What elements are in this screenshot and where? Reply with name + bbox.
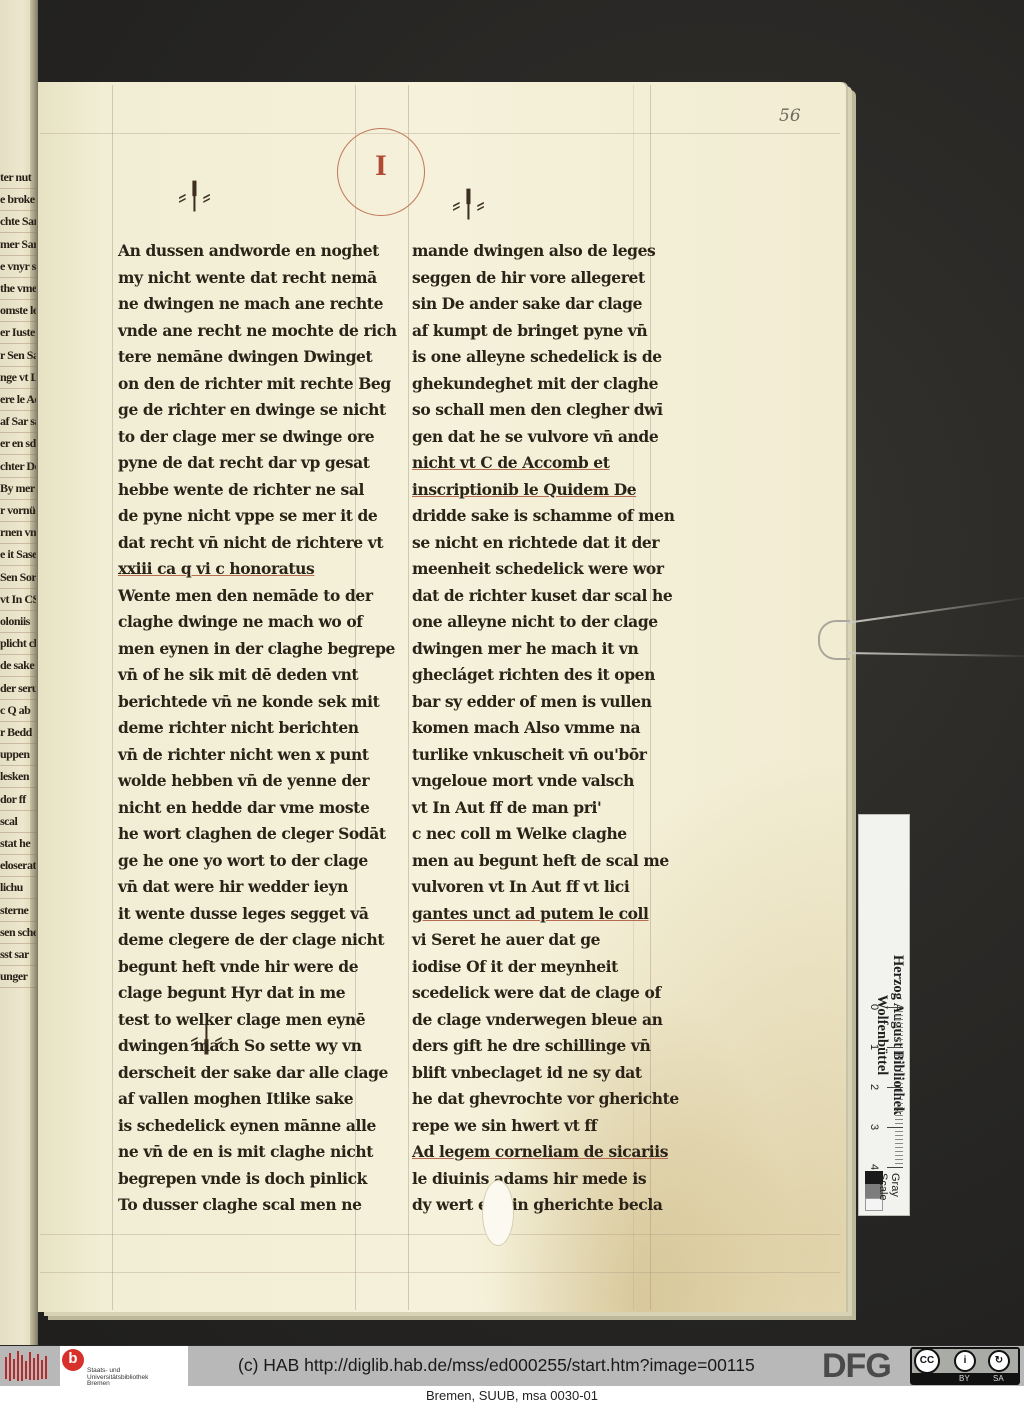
suub-logo[interactable]: b Staats- und Universitätsbibliothek Bre… [60, 1346, 188, 1386]
ruler-minor-tick [895, 1095, 903, 1096]
ruler-minor-tick [895, 1139, 903, 1140]
ruler-minor-tick [895, 1159, 903, 1160]
facing-page-line: dor ff [0, 792, 36, 811]
ruler-tick [887, 1127, 903, 1128]
manuscript-line: one alleyne nicht to der clage [412, 609, 672, 636]
manuscript-line: ders gift he dre schillinge vn̄ [412, 1033, 672, 1060]
manuscript-line: dridde sake is schamme of men [412, 503, 672, 530]
ruler-tick [887, 1047, 903, 1048]
manuscript-line: le diuinis adams hir mede is [412, 1166, 672, 1193]
manuscript-line: so schall men den clegher dwī [412, 397, 672, 424]
ruler-minor-tick [895, 1099, 903, 1100]
facing-page-line: chter De [0, 459, 36, 478]
facing-page-line: nge vt L [0, 370, 36, 389]
ruler-minor-tick [895, 1075, 903, 1076]
ruling-line [40, 1234, 840, 1235]
facing-page-line: vt In CS [0, 592, 36, 611]
ruler-minor-tick [895, 1079, 903, 1080]
manuscript-line: gen dat he se vulvore vn̄ ande [412, 424, 672, 451]
manuscript-line: ne vn̄ de en is mit claghe nicht [118, 1139, 378, 1166]
facing-page-line: lesken [0, 769, 36, 788]
manuscript-line: bar sy edder of men is vullen [412, 689, 672, 716]
facing-page-line: ter nut [0, 170, 36, 189]
ruler: 01234 [863, 1007, 903, 1167]
ruler-minor-tick [895, 1123, 903, 1124]
ruler-tick [887, 1167, 903, 1168]
manuscript-line: de pyne nicht vppe se mer it de [118, 503, 378, 530]
manuscript-line: meenheit schedelick were wor [412, 556, 672, 583]
manuscript-line: vn̄ de richter nicht wen x punt [118, 742, 378, 769]
manuscript-line: af kumpt de bringet pyne vn̄ [412, 318, 672, 345]
facing-page-line: ere le Acc [0, 392, 36, 411]
ruler-minor-tick [895, 1031, 903, 1032]
manuscript-line: berichtede vn̄ ne konde sek mit [118, 689, 378, 716]
ruling-line [408, 85, 409, 1310]
manuscript-line: vn̄ of he sik mit dē deden vnt [118, 662, 378, 689]
manuscript-line: deme clegere de der clage nicht [118, 927, 378, 954]
facing-page-line: er en sd [0, 436, 36, 455]
manuscript-line: xxiii ca q vi c honoratus [118, 556, 378, 583]
manuscript-line: men au begunt heft de scal me [412, 848, 672, 875]
institution-name: Staats- und Universitätsbibliothek Breme… [87, 1368, 148, 1388]
ruler-minor-tick [895, 1151, 903, 1152]
ruler-minor-tick [895, 1027, 903, 1028]
facing-page-line: Sen Sorse [0, 570, 36, 589]
ruler-tick-label: 1 [868, 1044, 880, 1050]
facing-page-line: e broke [0, 192, 36, 211]
manuscript-line: tere nemāne dwingen Dwinget [118, 344, 378, 371]
facing-page-line: er Iuste [0, 325, 36, 344]
manuscript-line: gantes unct ad putem le coll [412, 901, 672, 928]
manuscript-line: men eynen in der claghe begrepe [118, 636, 378, 663]
ruling-line [40, 133, 840, 134]
manuscript-line: dwingen mer he mach it vn [412, 636, 672, 663]
ruler-minor-tick [895, 1119, 903, 1120]
shelfmark: Bremen, SUUB, msa 0030-01 [0, 1388, 1024, 1403]
manuscript-line: seggen de hir vore allegeret [412, 265, 672, 292]
ruler-minor-tick [895, 1051, 903, 1052]
manuscript-line: test to welker clage men eynē [118, 1007, 378, 1034]
ruler-minor-tick [895, 1039, 903, 1040]
facing-page-line: der seruis [0, 681, 36, 700]
manuscript-line: ge he one yo wort to der clage [118, 848, 378, 875]
manuscript-line: he wort claghen de cleger Sodāt [118, 821, 378, 848]
manuscript-line: An dussen andworde en noghet [118, 238, 378, 265]
facing-page-line: plicht clag [0, 636, 36, 655]
ruler-minor-tick [895, 1111, 903, 1112]
ruling-line [40, 1272, 840, 1273]
facing-page-line: sterne [0, 903, 36, 922]
ruling-line [112, 85, 113, 1310]
ruler-minor-tick [895, 1147, 903, 1148]
facing-page-line: e vnyr sk [0, 259, 36, 278]
manuscript-line: ghekundeghet mit der claghe [412, 371, 672, 398]
manuscript-line: turlike vnkuscheit vn̄ ou'bōr [412, 742, 672, 769]
manuscript-line: nicht vt C de Accomb et [412, 450, 672, 477]
facing-page-line: chte Sar [0, 214, 36, 233]
suub-b-icon: b [62, 1349, 84, 1371]
manuscript-line: ne dwingen ne mach ane rechte [118, 291, 378, 318]
manuscript-line: mande dwingen also de leges [412, 238, 672, 265]
ruler-minor-tick [895, 1131, 903, 1132]
suub-barcode-logo [4, 1349, 48, 1383]
manuscript-line: vulvoren vt In Aut ff vt lici [412, 874, 672, 901]
manuscript-line: vi Seret he auer dat ge [412, 927, 672, 954]
left-facing-page: ter nute brokechte Sarmer Sare vnyr skth… [0, 0, 38, 1345]
manuscript-line: claghe dwinge ne mach wo of [118, 609, 378, 636]
ruler-tick-label: 0 [868, 1004, 880, 1010]
ruler-minor-tick [895, 1135, 903, 1136]
ruler-tick [887, 1087, 903, 1088]
license-label-by: BY [959, 1374, 970, 1383]
manuscript-line: c nec coll m Welke claghe [412, 821, 672, 848]
ruler-minor-tick [895, 1055, 903, 1056]
ruler-minor-tick [895, 1059, 903, 1060]
ruler-minor-tick [895, 1103, 903, 1104]
manuscript-line: To dusser claghe scal men ne [118, 1192, 378, 1219]
manuscript-line: dat recht vn̄ nicht de richtere vt [118, 530, 378, 557]
manuscript-line: af vallen moghen Itlike sake [118, 1086, 378, 1113]
folio-number: 56 [779, 106, 801, 126]
manuscript-line: wolde hebben vn̄ de yenne der [118, 768, 378, 795]
ruler-tick-label: 3 [868, 1124, 880, 1130]
manuscript-line: komen mach Also vmme na [412, 715, 672, 742]
text-column-left: An dussen andworde en noghetmy nicht wen… [118, 238, 378, 1219]
rubric-guide-circle: I [337, 128, 425, 216]
facing-page-line: rnen vnn [0, 525, 36, 544]
manuscript-line: ge de richter en dwinge se nicht [118, 397, 378, 424]
ruler-minor-tick [895, 1019, 903, 1020]
ruler-minor-tick [895, 1023, 903, 1024]
ruler-minor-tick [895, 1063, 903, 1064]
manuscript-line: Ad legem corneliam de sicariis [412, 1139, 672, 1166]
manuscript-line: ghecláget richten des it open [412, 662, 672, 689]
facing-page-line: sen sche [0, 925, 36, 944]
ruler-minor-tick [895, 1107, 903, 1108]
ruler-minor-tick [895, 1083, 903, 1084]
copyright-link[interactable]: (c) HAB http://diglib.hab.de/mss/ed00025… [238, 1355, 755, 1376]
manuscript-line: is one alleyne schedelick is de [412, 344, 672, 371]
facing-page-line: de sake [0, 658, 36, 677]
manuscript-line: it wente dusse leges segget vā [118, 901, 378, 928]
ruler-tick [887, 1007, 903, 1008]
ruler-tick-label: 4 [868, 1164, 880, 1170]
ruler-minor-tick [895, 1143, 903, 1144]
manuscript-line: vnde ane recht ne mochte de rich [118, 318, 378, 345]
ascender-flourish: ⸗╿⸗ [178, 182, 211, 212]
facing-page-line: mer Sar [0, 237, 36, 256]
ruler-minor-tick [895, 1043, 903, 1044]
rubric-initial: I [338, 149, 424, 183]
manuscript-line: blift vnbeclaget id ne sy dat [412, 1060, 672, 1087]
ruler-minor-tick [895, 1163, 903, 1164]
manuscript-line: inscriptionib le Quidem De [412, 477, 672, 504]
facing-page-line: r vornüd [0, 503, 36, 522]
manuscript-line: is schedelick eynen mānne alle [118, 1113, 378, 1140]
facing-page-line: lichu [0, 880, 36, 899]
ruler-minor-tick [895, 1155, 903, 1156]
manuscript-line: derscheit der sake dar alle clage [118, 1060, 378, 1087]
share-alike-icon: ↻ [988, 1350, 1010, 1372]
facing-page-line: scal [0, 814, 36, 833]
cc-license-badge[interactable]: CC i ↻ BY SA [910, 1347, 1020, 1385]
facing-page-line: the vme [0, 281, 36, 300]
manuscript-line: clage begunt Hyr dat in me [118, 980, 378, 1007]
ruler-minor-tick [895, 1035, 903, 1036]
gray-scale-label: Gray Scale [877, 1173, 901, 1213]
manuscript-line: my nicht wente dat recht nemā [118, 265, 378, 292]
ruler-minor-tick [895, 1071, 903, 1072]
manuscript-line: vn̄ dat were hir wedder ieyn [118, 874, 378, 901]
manuscript-line: vt In Aut ff de man pri' [412, 795, 672, 822]
manuscript-line: deme richter nicht berichten [118, 715, 378, 742]
facing-page-line: uppen [0, 747, 36, 766]
parchment-hole [482, 1180, 514, 1246]
manuscript-line: scedelick were dat de clage of [412, 980, 672, 1007]
manuscript-line: repe we sin hwert vt ff [412, 1113, 672, 1140]
ruler-tick-label: 2 [868, 1084, 880, 1090]
manuscript-line: de clage vnderwegen bleue an [412, 1007, 672, 1034]
manuscript-line: se nicht en richtede dat it der [412, 530, 672, 557]
ruler-minor-tick [895, 1067, 903, 1068]
manuscript-line: Wente men den nemāde to der [118, 583, 378, 610]
manuscript-line: nicht en hedde dar vme moste [118, 795, 378, 822]
cc-icon: CC [914, 1348, 940, 1374]
facing-page-line: omste le [0, 303, 36, 322]
manuscript-line: begrepen vnde is doch pinlick [118, 1166, 378, 1193]
facing-page-line: sst sar [0, 947, 36, 966]
manuscript-line: dy wert eyn in gherichte becla [412, 1192, 672, 1219]
facing-page-line: r Bedd [0, 725, 36, 744]
facing-page-line: eloserat [0, 858, 36, 877]
ruler-minor-tick [895, 1011, 903, 1012]
ruler-minor-tick [895, 1091, 903, 1092]
manuscript-line: begunt heft vnde hir were de [118, 954, 378, 981]
facing-page-line: af Sar sak [0, 414, 36, 433]
manuscript-line: iodise Of it der meynheit [412, 954, 672, 981]
facing-page-line: r Sen Sar [0, 348, 36, 367]
manuscript-line: vngeloue mort vnde valsch [412, 768, 672, 795]
ascender-flourish: ⸗╿⸗ [452, 190, 485, 220]
facing-page-line: c Q ab [0, 703, 36, 722]
facing-page-line: unger [0, 969, 36, 988]
facing-page-line: By mer d [0, 481, 36, 500]
manuscript-line: he dat ghevrochte vor gherichte [412, 1086, 672, 1113]
manuscript-line: dat de richter kuset dar scal he [412, 583, 672, 610]
dfg-logo[interactable]: DFG [822, 1348, 891, 1384]
facing-page-line: oloniis [0, 614, 36, 633]
license-label-sa: SA [993, 1374, 1004, 1383]
ruler-minor-tick [895, 1115, 903, 1116]
color-scale-bar: Herzog August Bibliothek Wolfenbüttel 01… [858, 814, 910, 1216]
attribution-icon: i [954, 1350, 976, 1372]
text-column-right: mande dwingen also de legesseggen de hir… [412, 238, 672, 1219]
manuscript-line: pyne de dat recht dar vp gesat [118, 450, 378, 477]
manuscript-line: on den de richter mit rechte Beg [118, 371, 378, 398]
manuscript-line: sin De ander sake dar clage [412, 291, 672, 318]
manuscript-line: dwingen mach So sette wy vn [118, 1033, 378, 1060]
manuscript-line: to der clage mer se dwinge ore [118, 424, 378, 451]
ruler-minor-tick [895, 1015, 903, 1016]
facing-page-line: stat he [0, 836, 36, 855]
manuscript-line: hebbe wente de richter ne sal [118, 477, 378, 504]
facing-page-line: e it Sase [0, 547, 36, 566]
